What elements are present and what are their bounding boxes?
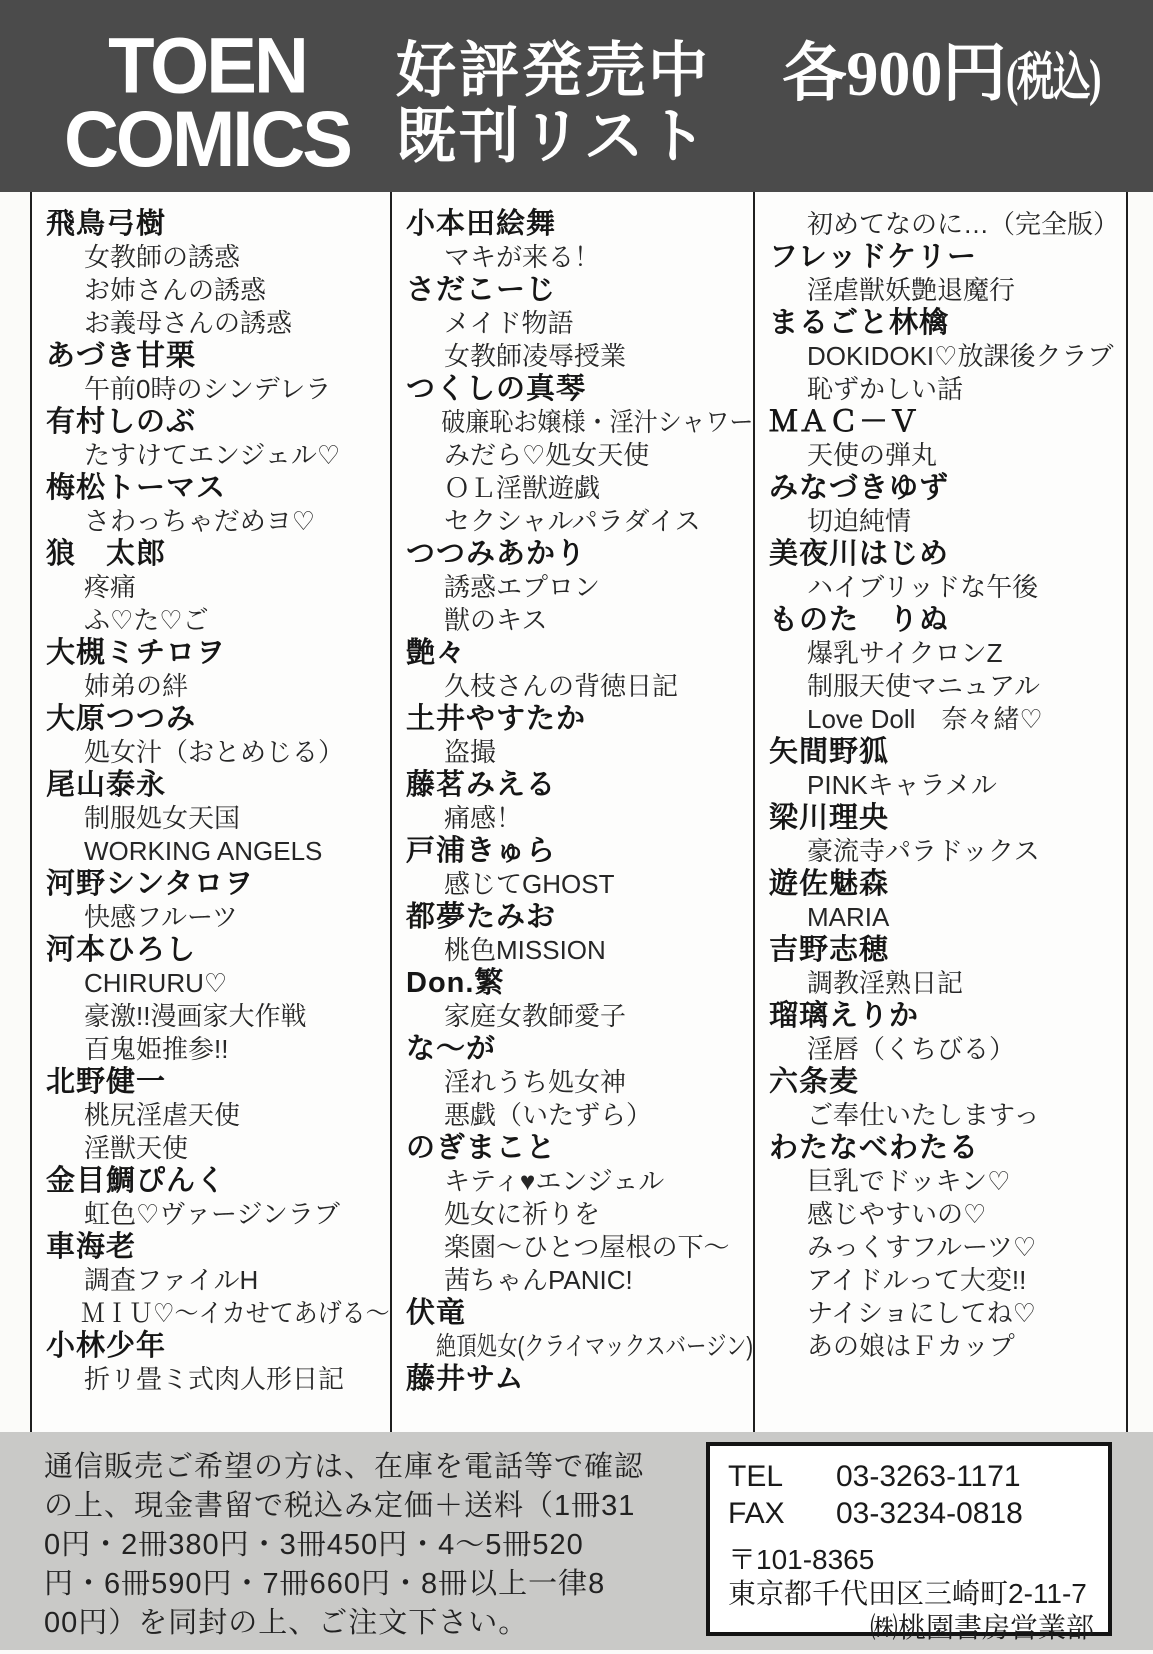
author-name: Don.繁 <box>406 967 753 1000</box>
book-title: 処女汁（おとめじる） <box>46 736 390 769</box>
author-name: 狼 太郎 <box>46 538 390 571</box>
author-name: 都夢たみお <box>406 901 753 934</box>
author-name: 河本ひろし <box>46 934 390 967</box>
book-title: メイド物語 <box>406 307 753 340</box>
author-name: 小本田絵舞 <box>406 208 753 241</box>
author-name: な～が <box>406 1033 753 1066</box>
book-title: CHIRURU♡ <box>46 967 390 1000</box>
postal-code: 〒101-8365 <box>728 1543 1094 1577</box>
author-name: 北野健一 <box>46 1066 390 1099</box>
book-title: 制服処女天国 <box>46 802 390 835</box>
author-name: 車海老 <box>46 1231 390 1264</box>
book-title: 豪激!!漫画家大作戦 <box>46 1000 390 1033</box>
street-address: 東京都千代田区三崎町2-11-7 <box>728 1577 1094 1611</box>
book-title: 家庭女教師愛子 <box>406 1000 753 1033</box>
book-title: 恥ずかしい話 <box>769 373 1126 406</box>
order-info-line: 円・6冊590円・7冊660円・8冊以上一律8 <box>44 1565 650 1604</box>
author-name: 梅松トーマス <box>46 472 390 505</box>
author-name: 吉野志穂 <box>769 934 1126 967</box>
book-title: セクシャルパラダイス <box>406 505 753 538</box>
book-title: MARIA <box>769 901 1126 934</box>
book-title: ハイブリッドな午後 <box>769 571 1126 604</box>
book-title: お姉さんの誘惑 <box>46 274 390 307</box>
author-name: 美夜川はじめ <box>769 538 1126 571</box>
author-name: 伏竜 <box>406 1297 753 1330</box>
author-name: つつみあかり <box>406 538 753 571</box>
header-subtitle: 好評発売中 既刊リスト <box>396 38 711 170</box>
author-name: 藤井サム <box>406 1363 753 1396</box>
fax-row: FAX 03-3234-0818 <box>728 1495 1094 1532</box>
book-title: 百鬼姫推参!! <box>46 1033 390 1066</box>
book-title: さわっちゃだめヨ♡ <box>46 505 390 538</box>
price-tax-note: (税込) <box>1006 53 1100 105</box>
order-info-line: 通信販売ご希望の方は、在庫を電話等で確認 <box>44 1448 650 1487</box>
book-title: あの娘はＦカップ <box>769 1330 1126 1363</box>
author-name: 瑠璃えりか <box>769 1000 1126 1033</box>
book-title: 桃色MISSION <box>406 934 753 967</box>
company-name: ㈱桃園書房営業部 <box>728 1611 1094 1645</box>
list-column-1: 飛鳥弓樹女教師の誘惑お姉さんの誘惑お義母さんの誘惑あづき甘栗午前0時のシンデレラ… <box>30 192 390 1432</box>
book-title: 淫虐獣妖艶退魔行 <box>769 274 1126 307</box>
book-title: 絶頂処女(クライマックスバージン) <box>406 1330 678 1363</box>
author-name: ものた りぬ <box>769 604 1126 637</box>
author-name: 大原つつみ <box>46 703 390 736</box>
book-title: 楽園～ひとつ屋根の下～ <box>406 1231 753 1264</box>
book-title: ご奉仕いたしますっ <box>769 1099 1126 1132</box>
book-title: みっくすフルーツ♡ <box>769 1231 1126 1264</box>
book-title: 獣のキス <box>406 604 753 637</box>
tel-row: TEL 03-3263-1171 <box>728 1458 1094 1495</box>
author-name: 藤茗みえる <box>406 769 753 802</box>
header-banner: TOEN COMICS 好評発売中 既刊リスト 各900円(税込) <box>0 0 1153 192</box>
book-title: 虹色♡ヴァージンラブ <box>46 1198 390 1231</box>
list-column-3: 初めてなのに…（完全版）フレッドケリー淫虐獣妖艶退魔行まるごと林檎DOKIDOK… <box>753 192 1128 1432</box>
price-label: 各900円(税込) <box>782 42 1137 106</box>
author-name: のぎまこと <box>406 1132 753 1165</box>
contact-box: TEL 03-3263-1171 FAX 03-3234-0818 〒101-8… <box>706 1442 1112 1636</box>
book-title: みだら♡処女天使 <box>406 439 753 472</box>
book-title: ＭＩＵ♡～イカせてあげる～ <box>46 1297 363 1330</box>
book-title: たすけてエンジェル♡ <box>46 439 390 472</box>
book-title: ふ♡た♡ご <box>46 604 390 637</box>
book-title: 女教師凌辱授業 <box>406 340 753 373</box>
subtitle-line1: 好評発売中 <box>396 38 711 104</box>
book-title: 豪流寺パラドックス <box>769 835 1126 868</box>
author-name: 六条麦 <box>769 1066 1126 1099</box>
author-name: 戸浦きゅら <box>406 835 753 868</box>
author-name: さだこーじ <box>406 274 753 307</box>
author-name: みなづきゆず <box>769 472 1126 505</box>
book-title: 処女に祈りを <box>406 1198 753 1231</box>
book-title: DOKIDOKI♡放課後クラブ <box>769 340 1126 373</box>
author-name: 尾山泰永 <box>46 769 390 802</box>
book-title: 誘惑エプロン <box>406 571 753 604</box>
logo-line2: COMICS <box>64 103 350 176</box>
book-title: Love Doll 奈々緒♡ <box>769 703 1126 736</box>
book-title: 淫唇（くちびる） <box>769 1033 1126 1066</box>
author-name: 矢間野狐 <box>769 736 1126 769</box>
tel-number: 03-3263-1171 <box>836 1458 1021 1495</box>
book-title: 制服天使マニュアル <box>769 670 1126 703</box>
book-title: お義母さんの誘惑 <box>46 307 390 340</box>
order-info-line: 00円）を同封の上、ご注文下さい。 <box>44 1604 650 1643</box>
author-name: 飛鳥弓樹 <box>46 208 390 241</box>
book-title: 初めてなのに…（完全版） <box>769 208 1126 241</box>
author-name: 遊佐魅森 <box>769 868 1126 901</box>
book-title: 淫れうち処女神 <box>406 1066 753 1099</box>
book-title: ナイショにしてね♡ <box>769 1297 1126 1330</box>
book-title: 爆乳サイクロンZ <box>769 637 1126 670</box>
book-title: マキが来る！ <box>406 241 753 274</box>
price-main: 各900円 <box>782 38 1006 109</box>
author-name: まるごと林檎 <box>769 307 1126 340</box>
catalog-page: TOEN COMICS 好評発売中 既刊リスト 各900円(税込) 飛鳥弓樹女教… <box>0 0 1153 1654</box>
book-title: 調教淫熟日記 <box>769 967 1126 1000</box>
book-title: 淫獣天使 <box>46 1132 390 1165</box>
list-column-2: 小本田絵舞マキが来る！さだこーじメイド物語女教師凌辱授業つくしの真琴破廉恥お嬢様… <box>390 192 753 1432</box>
book-title: 桃尻淫虐天使 <box>46 1099 390 1132</box>
book-title: 調査ファイルH <box>46 1264 390 1297</box>
book-title: アイドルって大変!! <box>769 1264 1126 1297</box>
subtitle-line2: 既刊リスト <box>396 104 711 170</box>
fax-label: FAX <box>728 1495 836 1532</box>
logo-line1: TOEN <box>64 30 350 103</box>
book-title: 疼痛 <box>46 571 390 604</box>
footer: 通信販売ご希望の方は、在庫を電話等で確認の上、現金書留で税込み定価＋送料（1冊3… <box>0 1432 1153 1650</box>
order-info-line: 0円・2冊380円・3冊450円・4～5冊520 <box>44 1526 650 1565</box>
book-list: 飛鳥弓樹女教師の誘惑お姉さんの誘惑お義母さんの誘惑あづき甘栗午前0時のシンデレラ… <box>30 192 1130 1432</box>
book-title: 巨乳でドッキン♡ <box>769 1165 1126 1198</box>
author-name: あづき甘栗 <box>46 340 390 373</box>
author-name: わたなべわたる <box>769 1132 1126 1165</box>
book-title: 切迫純情 <box>769 505 1126 538</box>
author-name: 大槻ミチロヲ <box>46 637 390 670</box>
book-title: 久枝さんの背徳日記 <box>406 670 753 703</box>
book-title: キティ♥エンジェル <box>406 1165 753 1198</box>
book-title: 姉弟の絆 <box>46 670 390 703</box>
author-name: 小林少年 <box>46 1330 390 1363</box>
author-name: 金目鯛ぴんく <box>46 1165 390 1198</box>
author-name: 河野シンタロヲ <box>46 868 390 901</box>
book-title: 悪戯（いたずら） <box>406 1099 753 1132</box>
author-name: 有村しのぶ <box>46 406 390 439</box>
author-name: 土井やすたか <box>406 703 753 736</box>
book-title: 盗撮 <box>406 736 753 769</box>
fax-number: 03-3234-0818 <box>836 1495 1023 1532</box>
book-title: 快感フルーツ <box>46 901 390 934</box>
book-title: 感じてGHOST <box>406 868 753 901</box>
book-title: PINKキャラメル <box>769 769 1126 802</box>
mail-order-info: 通信販売ご希望の方は、在庫を電話等で確認の上、現金書留で税込み定価＋送料（1冊3… <box>44 1448 650 1643</box>
toen-comics-logo: TOEN COMICS <box>64 30 350 177</box>
book-title: 女教師の誘惑 <box>46 241 390 274</box>
author-name: フレッドケリー <box>769 241 1126 274</box>
author-name: ＭＡＣ－Ｖ <box>769 406 1126 439</box>
book-title: 破廉恥お嬢様・淫汁シャワー <box>406 406 727 439</box>
book-title: 茜ちゃんPANIC! <box>406 1264 753 1297</box>
author-name: 艶々 <box>406 637 753 670</box>
author-name: 梁川理央 <box>769 802 1126 835</box>
book-title: 痛感！ <box>406 802 753 835</box>
author-name: つくしの真琴 <box>406 373 753 406</box>
order-info-line: の上、現金書留で税込み定価＋送料（1冊31 <box>44 1487 650 1526</box>
book-title: 折リ畳ミ式肉人形日記 <box>46 1363 390 1396</box>
book-title: WORKING ANGELS <box>46 835 390 868</box>
book-title: 天使の弾丸 <box>769 439 1126 472</box>
book-title: ＯＬ淫獣遊戯 <box>406 472 753 505</box>
tel-label: TEL <box>728 1458 836 1495</box>
book-title: 感じやすいの♡ <box>769 1198 1126 1231</box>
book-title: 午前0時のシンデレラ <box>46 373 390 406</box>
